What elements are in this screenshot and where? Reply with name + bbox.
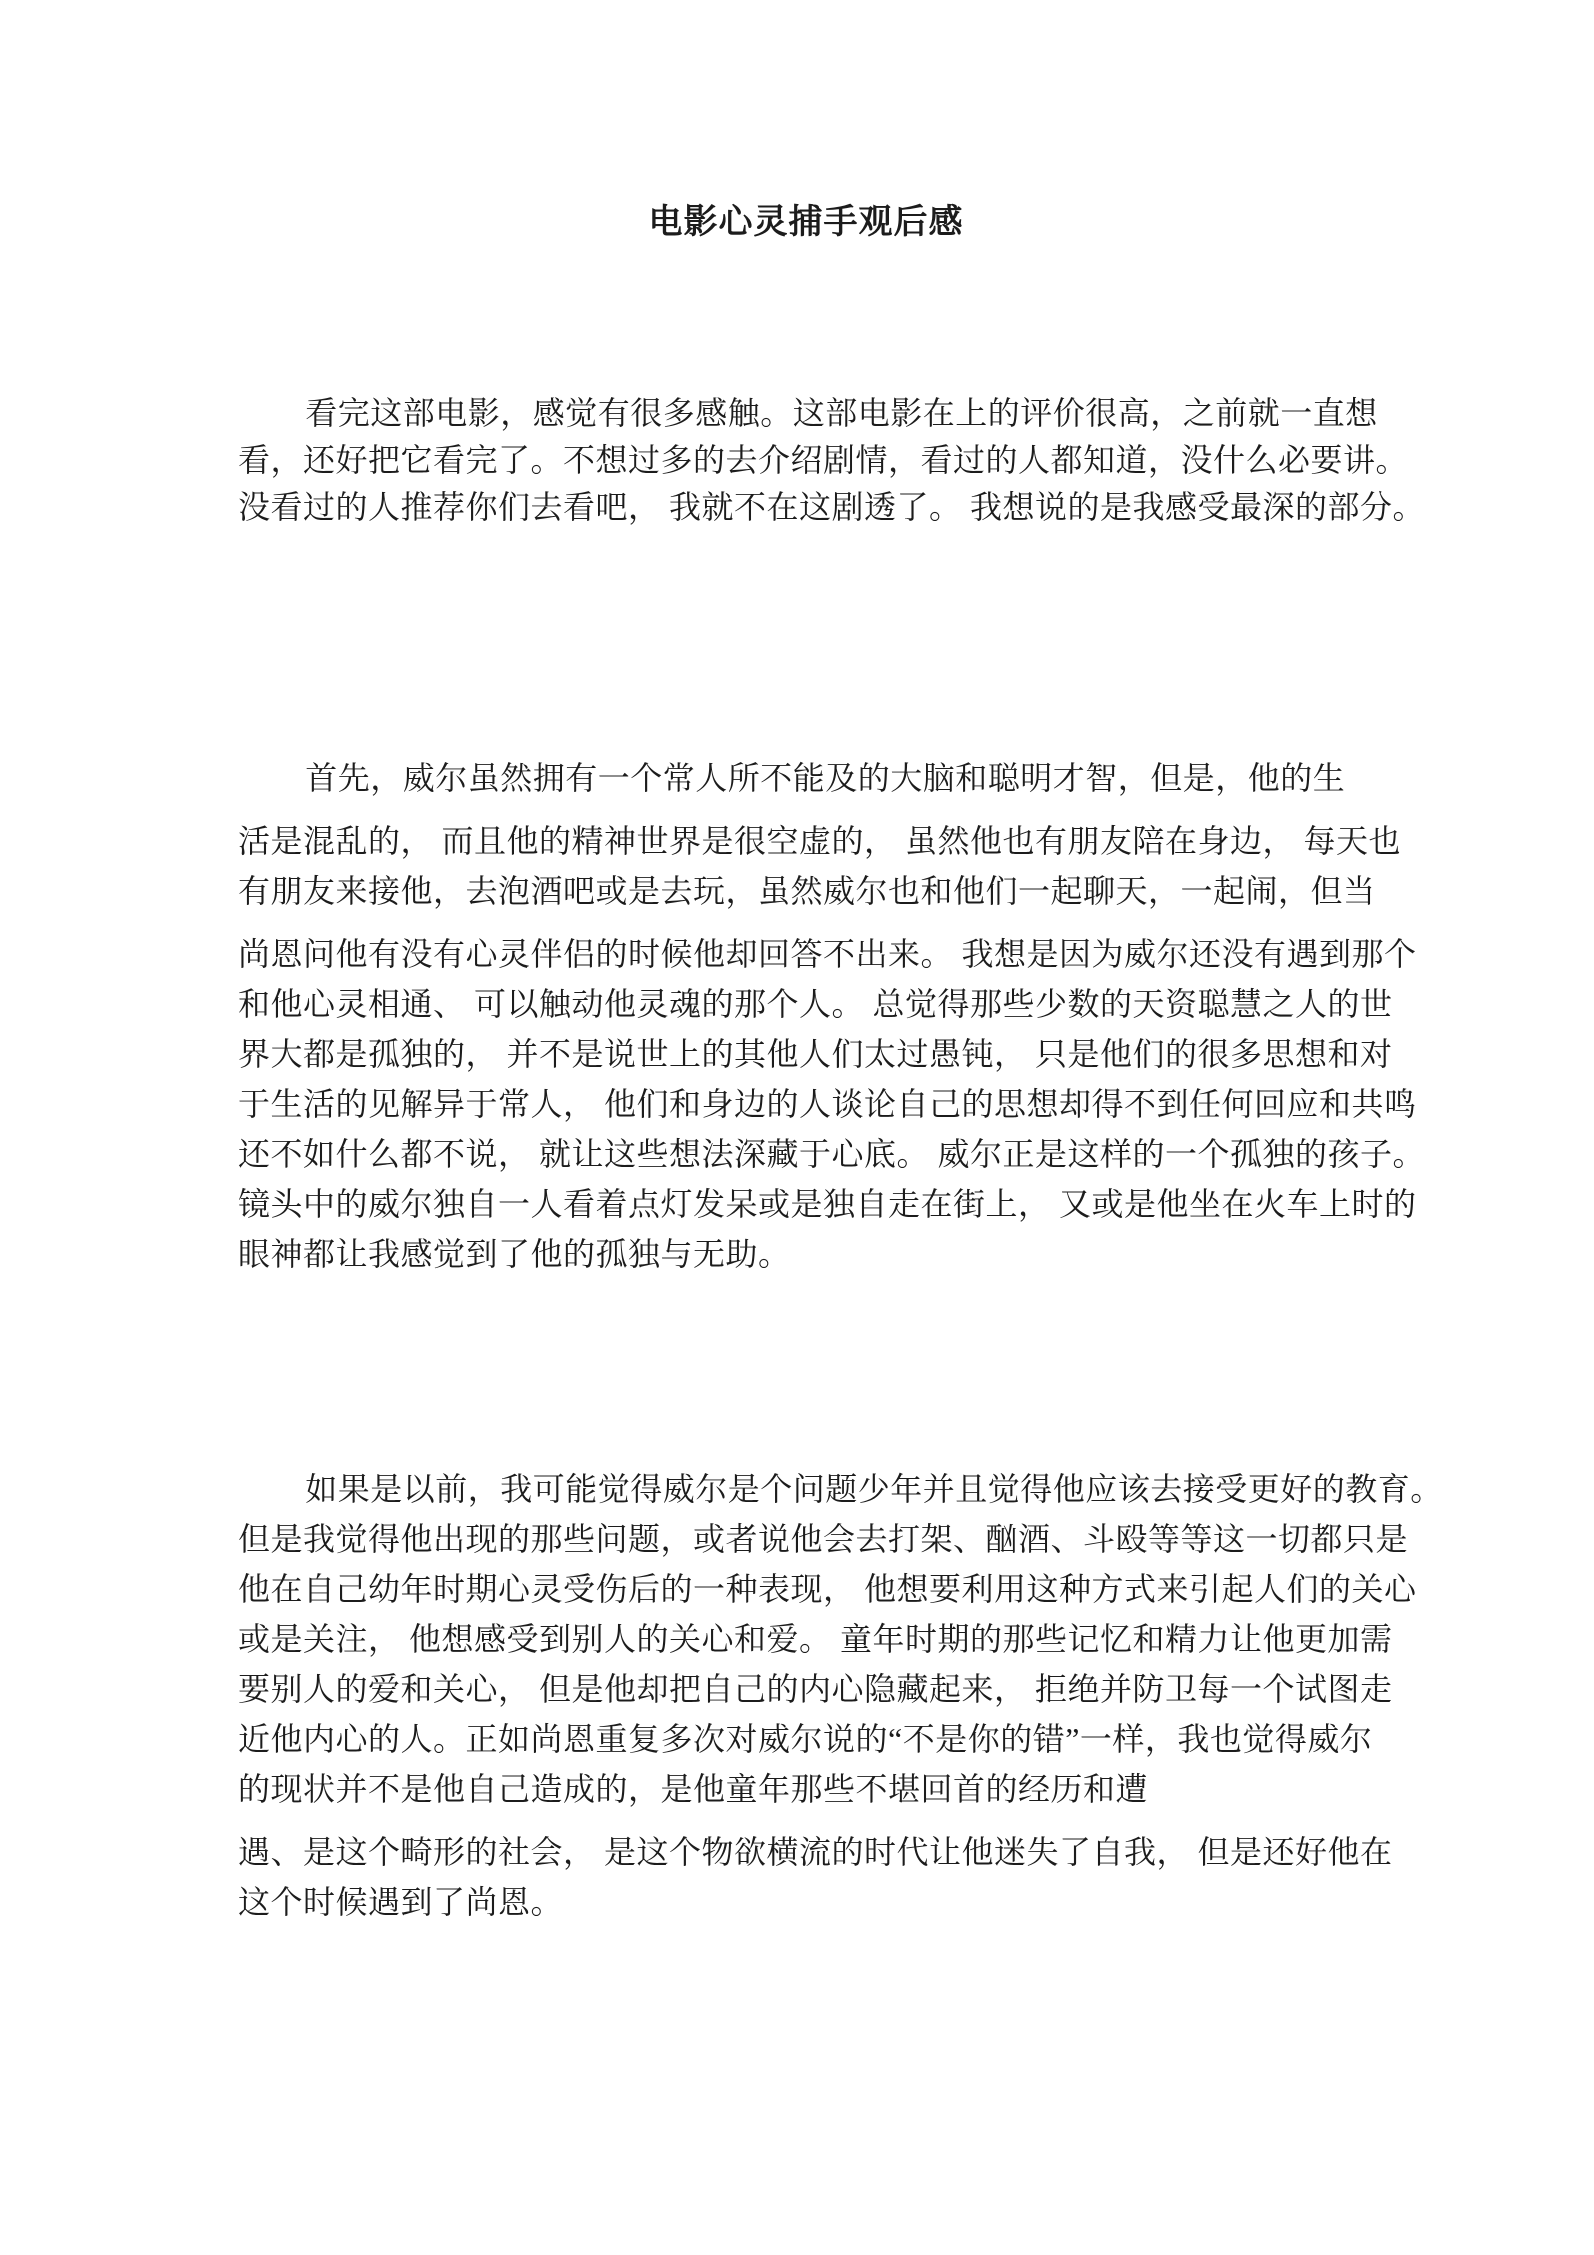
text-line: 遇、是这个畸形的社会， 是这个物欲横流的时代让他迷失了自我， 但是还好他在 [238,1827,1374,1877]
document-page: 电影心灵捕手观后感 看完这部电影，感觉有很多感触。这部电影在上的评价很高，之前就… [0,0,1594,2255]
text-line: 看，还好把它看完了。不想过多的去介绍剧情，看过的人都知道，没什么必要讲。 [238,437,1374,484]
text-line: 尚恩问他有没有心灵伴侣的时候他却回答不出来。 我想是因为威尔还没有遇到那个 [238,929,1374,979]
text-line: 首先，威尔虽然拥有一个常人所不能及的大脑和聪明才智，但是，他的生 [238,753,1374,803]
text-line: 和他心灵相通、 可以触动他灵魂的那个人。 总觉得那些少数的天资聪慧之人的世 [238,979,1374,1029]
document-title: 电影心灵捕手观后感 [238,0,1374,248]
text-line: 他在自己幼年时期心灵受伤后的一种表现， 他想要利用这种方式来引起人们的关心 [238,1564,1374,1614]
text-line: 镜头中的威尔独自一人看着点灯发呆或是独自走在街上， 又或是他坐在火车上时的 [238,1179,1374,1229]
paragraph: 看完这部电影，感觉有很多感触。这部电影在上的评价很高，之前就一直想 看，还好把它… [238,390,1374,531]
text-line: 要别人的爱和关心， 但是他却把自己的内心隐藏起来， 拒绝并防卫每一个试图走 [238,1664,1374,1714]
paragraph: 如果是以前，我可能觉得威尔是个问题少年并且觉得他应该去接受更好的教育。 但是我觉… [238,1464,1374,1927]
text-line: 眼神都让我感觉到了他的孤独与无助。 [238,1229,1374,1279]
text-line: 近他内心的人。正如尚恩重复多次对威尔说的“不是你的错”一样，我也觉得威尔 [238,1714,1374,1764]
text-line: 有朋友来接他，去泡酒吧或是去玩，虽然威尔也和他们一起聊天，一起闹，但当 [238,866,1374,916]
text-line: 看完这部电影，感觉有很多感触。这部电影在上的评价很高，之前就一直想 [238,390,1374,437]
text-line: 如果是以前，我可能觉得威尔是个问题少年并且觉得他应该去接受更好的教育。 [238,1464,1374,1514]
text-line: 或是关注， 他想感受到别人的关心和爱。 童年时期的那些记忆和精力让他更加需 [238,1614,1374,1664]
text-line: 没看过的人推荐你们去看吧， 我就不在这剧透了。 我想说的是我感受最深的部分。 [238,484,1374,531]
text-line: 界大都是孤独的， 并不是说世上的其他人们太过愚钝， 只是他们的很多思想和对 [238,1029,1374,1079]
text-line: 的现状并不是他自己造成的，是他童年那些不堪回首的经历和遭 [238,1764,1374,1814]
text-line: 于生活的见解异于常人， 他们和身边的人谈论自己的思想却得不到任何回应和共鸣 [238,1079,1374,1129]
text-line: 但是我觉得他出现的那些问题，或者说他会去打架、酗酒、斗殴等等这一切都只是 [238,1514,1374,1564]
text-line: 这个时候遇到了尚恩。 [238,1877,1374,1927]
document-content: 电影心灵捕手观后感 看完这部电影，感觉有很多感触。这部电影在上的评价很高，之前就… [0,0,1594,1927]
text-line: 活是混乱的， 而且他的精神世界是很空虚的， 虽然他也有朋友陪在身边， 每天也 [238,816,1374,866]
text-line: 还不如什么都不说， 就让这些想法深藏于心底。 威尔正是这样的一个孤独的孩子。 [238,1129,1374,1179]
paragraph: 首先，威尔虽然拥有一个常人所不能及的大脑和聪明才智，但是，他的生 活是混乱的， … [238,753,1374,1279]
